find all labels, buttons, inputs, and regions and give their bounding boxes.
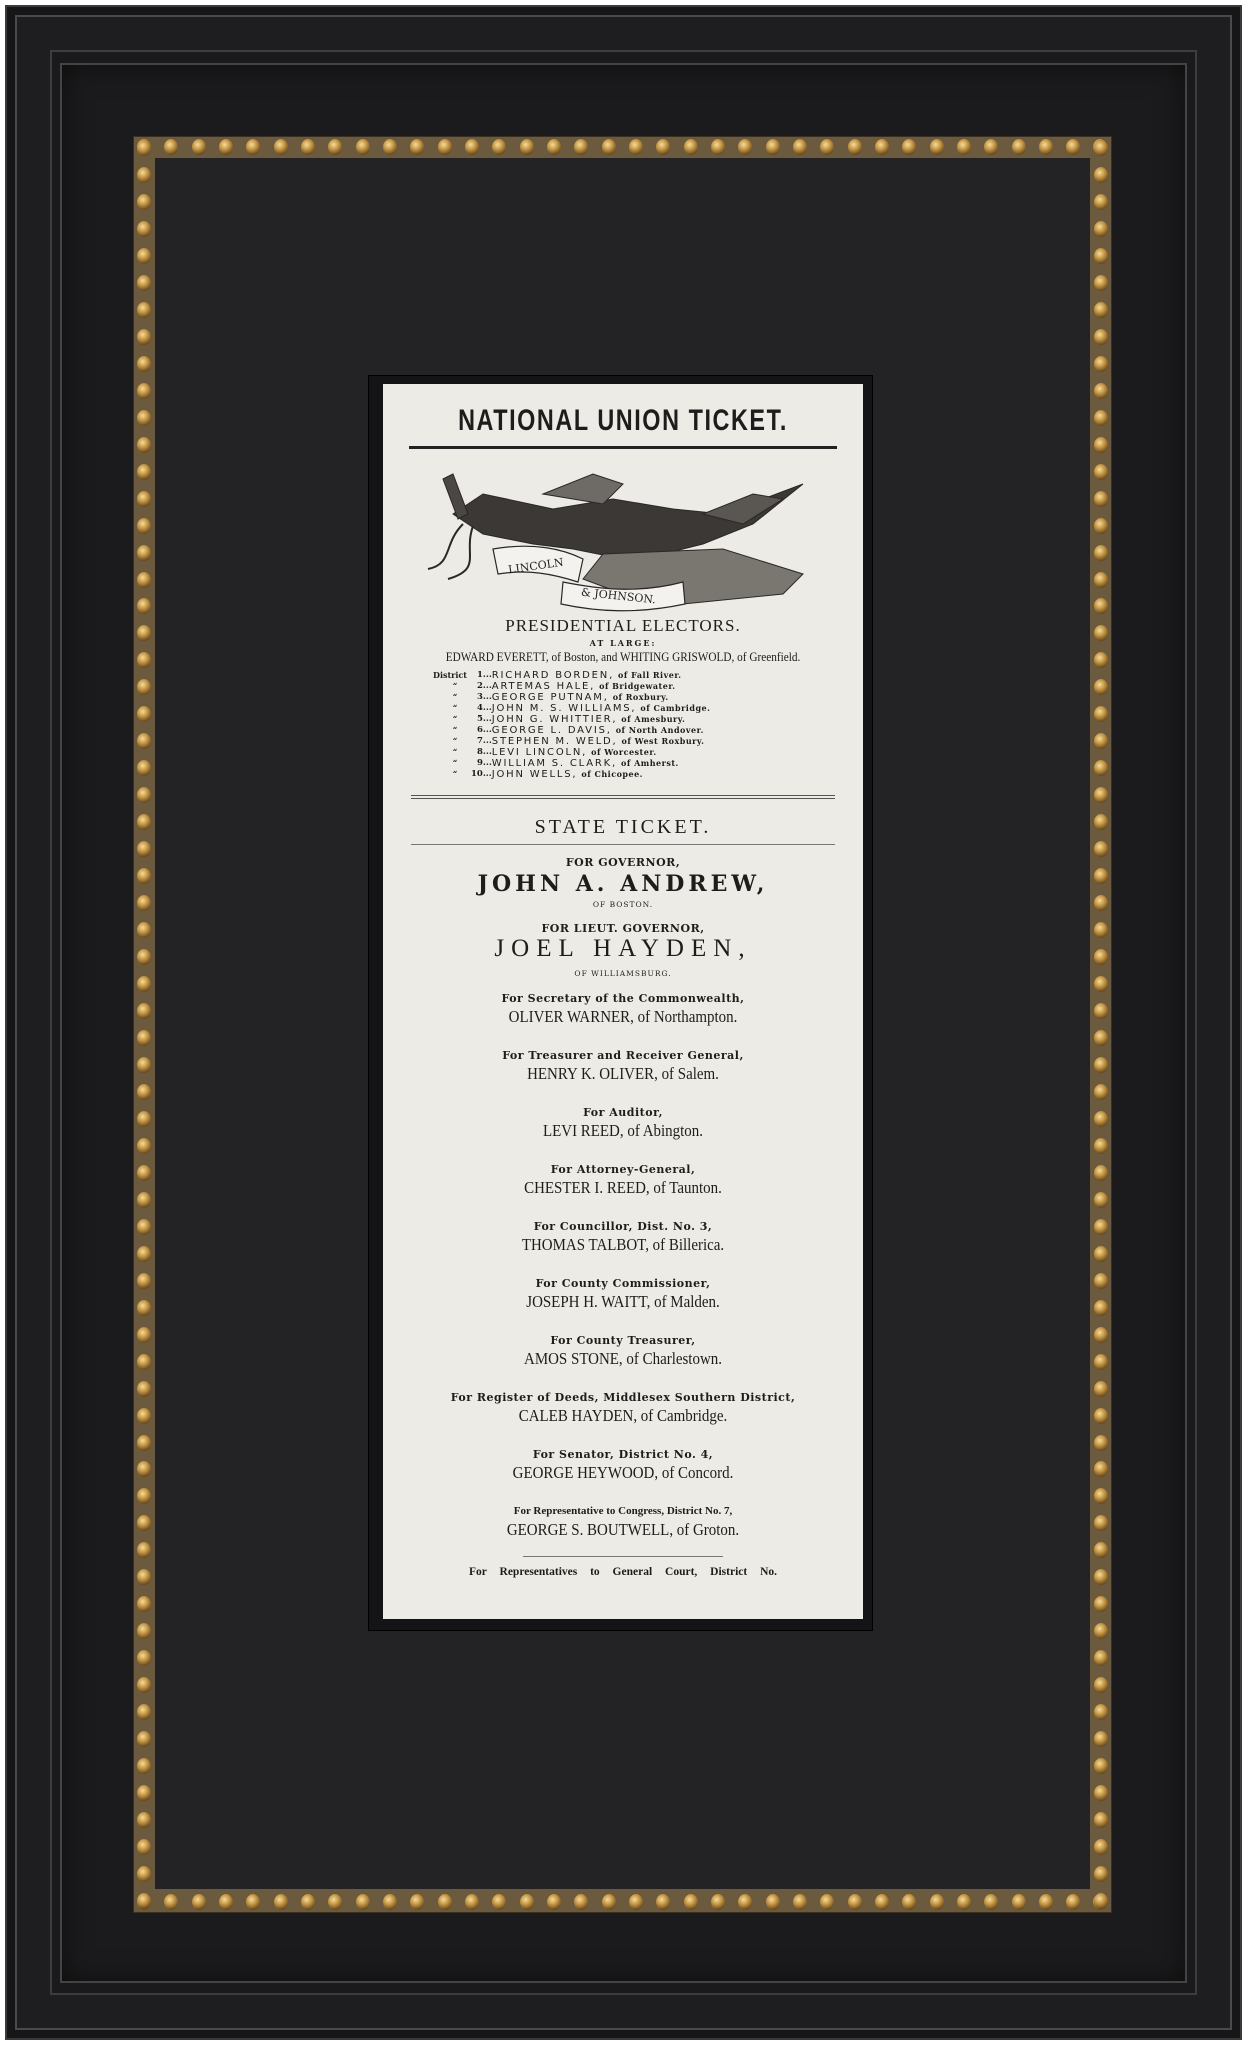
gilt-bead	[137, 1758, 151, 1774]
gilt-bead	[820, 1894, 834, 1910]
gilt-bead	[137, 1111, 151, 1127]
gilt-bead	[137, 410, 151, 426]
gilt-bead	[1094, 787, 1108, 803]
gilt-bead	[1094, 1030, 1108, 1046]
candidate-name: AMOS STONE, of Charlestown.	[412, 1349, 834, 1369]
gilt-bead	[137, 1435, 151, 1451]
gilt-bead	[410, 139, 424, 155]
candidate-name: GEORGE HEYWOOD, of Concord.	[412, 1463, 834, 1483]
gilt-bead	[1094, 1138, 1108, 1154]
gilt-bead	[820, 139, 834, 155]
office-governor: FOR GOVERNOR,	[383, 856, 863, 869]
district-label: “	[433, 681, 477, 692]
gilt-bead	[629, 1894, 643, 1910]
gilt-bead	[1094, 1812, 1108, 1828]
gilt-bead	[1094, 1866, 1108, 1882]
district-label: “	[433, 692, 477, 703]
gilt-bead	[1039, 1894, 1053, 1910]
gilt-bead	[1094, 1435, 1108, 1451]
gilt-bead	[984, 1894, 998, 1910]
elector-town: of Chicopee.	[581, 769, 643, 780]
gilt-bead	[137, 1165, 151, 1181]
district-elector-row: District1...RICHARD BORDEN,of Fall River…	[433, 670, 853, 681]
elector-name: GEORGE PUTNAM,	[492, 692, 609, 703]
gilt-bead	[192, 139, 206, 155]
district-elector-row: “9...WILLIAM S. CLARK,of Amherst.	[433, 758, 853, 769]
gilt-bead	[137, 356, 151, 372]
gilt-bead	[137, 1596, 151, 1612]
gilt-bead	[246, 139, 260, 155]
gilt-bead	[137, 167, 151, 183]
gilt-bead	[137, 814, 151, 830]
elector-name: RICHARD BORDEN,	[492, 670, 614, 681]
gilt-bead	[684, 139, 698, 155]
gilt-bead	[465, 1894, 479, 1910]
gilt-bead	[984, 139, 998, 155]
gilt-bead	[164, 1894, 178, 1910]
gilt-bead	[137, 1057, 151, 1073]
gilt-bead	[547, 139, 561, 155]
gilt-bead	[137, 868, 151, 884]
candidate-name: OLIVER WARNER, of Northampton.	[412, 1007, 834, 1027]
gilt-bead	[1094, 1354, 1108, 1370]
gilt-bead	[137, 706, 151, 722]
gilt-bead	[520, 139, 534, 155]
elector-name: JOHN WELLS,	[492, 769, 578, 780]
gilt-bead	[1094, 167, 1108, 183]
elector-name: GEORGE L. DAVIS,	[492, 725, 612, 736]
gilt-bead	[738, 139, 752, 155]
gilt-bead	[410, 1894, 424, 1910]
gilt-bead	[137, 1704, 151, 1720]
elector-town: of Cambridge.	[640, 703, 710, 714]
candidate-name: CHESTER I. REED, of Taunton.	[412, 1178, 834, 1198]
gilt-bead	[383, 1894, 397, 1910]
ticket-title: NATIONAL UNION TICKET.	[436, 404, 810, 438]
gilt-bead	[137, 949, 151, 965]
gilt-bead	[957, 139, 971, 155]
candidate-name: JOSEPH H. WAITT, of Malden.	[412, 1292, 834, 1312]
gilt-bead	[137, 895, 151, 911]
gilt-bead	[1094, 814, 1108, 830]
gilt-bead	[137, 1542, 151, 1558]
gilt-bead	[137, 625, 151, 641]
office-title: For County Commissioner,	[383, 1277, 863, 1290]
state-ticket-heading: STATE TICKET.	[383, 816, 863, 839]
gilt-bead	[1094, 518, 1108, 534]
gilt-bead	[1094, 760, 1108, 776]
gilt-bead	[1094, 1704, 1108, 1720]
gilt-bead	[219, 1894, 233, 1910]
gilt-bead	[137, 976, 151, 992]
office-title: For Secretary of the Commonwealth,	[383, 992, 863, 1005]
gilt-bead	[848, 139, 862, 155]
gilt-bead	[902, 139, 916, 155]
gilt-bead	[137, 1003, 151, 1019]
gilt-bead	[137, 1785, 151, 1801]
gilt-bead	[137, 275, 151, 291]
gilt-bead	[137, 491, 151, 507]
gilt-bead	[137, 1731, 151, 1747]
elector-name: LEVI LINCOLN,	[492, 747, 587, 758]
gilt-bead	[930, 1894, 944, 1910]
gilt-bead	[1094, 572, 1108, 588]
gilt-bead	[137, 329, 151, 345]
gilt-bead	[137, 437, 151, 453]
elector-town: of Worcester.	[591, 747, 656, 758]
gilt-bead	[192, 1894, 206, 1910]
gilt-bead	[438, 139, 452, 155]
gilt-bead	[137, 652, 151, 668]
gilt-bead	[1094, 1677, 1108, 1693]
gilt-bead	[1094, 491, 1108, 507]
gilt-bead	[1094, 733, 1108, 749]
gilt-bead	[137, 1219, 151, 1235]
gilt-bead	[137, 545, 151, 561]
gilt-bead	[957, 1894, 971, 1910]
gilt-bead	[1094, 1273, 1108, 1289]
district-elector-row: “7...STEPHEN M. WELD,of West Roxbury.	[433, 736, 853, 747]
district-number: 8...	[477, 747, 492, 758]
gilt-bead	[1094, 1785, 1108, 1801]
gilt-bead	[1094, 545, 1108, 561]
gilt-bead	[738, 1894, 752, 1910]
gilt-bead	[492, 1894, 506, 1910]
gilt-bead	[1094, 895, 1108, 911]
gilt-bead	[137, 518, 151, 534]
gilt-bead	[902, 1894, 916, 1910]
district-number: 6...	[477, 725, 492, 736]
bottom-rule	[523, 1556, 723, 1557]
elector-town: of Roxbury.	[613, 692, 669, 703]
district-elector-row: “8...LEVI LINCOLN,of Worcester.	[433, 747, 853, 758]
gilt-bead	[164, 139, 178, 155]
gilt-bead	[137, 1192, 151, 1208]
gilt-bead	[137, 194, 151, 210]
district-number: 4...	[477, 703, 492, 714]
gilt-bead	[1094, 221, 1108, 237]
gilt-bead	[1094, 410, 1108, 426]
gilt-bead	[1094, 1219, 1108, 1235]
candidate-name: LEVI REED, of Abington.	[412, 1121, 834, 1141]
district-number: 3...	[477, 692, 492, 703]
gilt-bead	[274, 139, 288, 155]
section-rule	[411, 798, 835, 799]
gilt-bead	[1094, 1839, 1108, 1855]
gilt-bead	[246, 1894, 260, 1910]
gilt-bead	[274, 1894, 288, 1910]
gilt-bead	[1094, 1515, 1108, 1531]
gilt-bead	[1094, 949, 1108, 965]
gilt-bead	[137, 733, 151, 749]
title-rule	[409, 446, 837, 449]
gilt-bead	[301, 139, 315, 155]
candidate-name: THOMAS TALBOT, of Billerica.	[412, 1235, 834, 1255]
gilt-bead	[1066, 1894, 1080, 1910]
district-number: 1...	[477, 670, 492, 681]
gilt-bead	[1094, 1623, 1108, 1639]
office-title: For Attorney-General,	[383, 1163, 863, 1176]
gilt-bead	[137, 787, 151, 803]
gilt-bead	[1094, 1084, 1108, 1100]
elector-town: of Amesbury.	[621, 714, 685, 725]
office-title: For Treasurer and Receiver General,	[383, 1049, 863, 1062]
gilt-bead	[1094, 1165, 1108, 1181]
gilt-bead	[629, 139, 643, 155]
gilt-bead	[137, 922, 151, 938]
gilt-bead	[1094, 1327, 1108, 1343]
gilt-bead	[1094, 248, 1108, 264]
district-number: 7...	[477, 736, 492, 747]
eagle-banner-illustration: LINCOLN & JOHNSON.	[423, 454, 843, 614]
gilt-bead	[137, 1138, 151, 1154]
office-title: For Councillor, Dist. No. 3,	[383, 1220, 863, 1233]
gilt-bead	[356, 139, 370, 155]
gilt-bead	[1094, 1300, 1108, 1316]
gilt-bead	[137, 1866, 151, 1882]
gilt-bead	[574, 139, 588, 155]
elector-name: ARTEMAS HALE,	[492, 681, 595, 692]
gilt-bead	[301, 1894, 315, 1910]
gilt-bead	[1094, 652, 1108, 668]
gilt-bead	[137, 1650, 151, 1666]
gilt-bead	[656, 139, 670, 155]
gilt-bead	[875, 139, 889, 155]
gilt-bead	[137, 221, 151, 237]
gilt-bead	[602, 139, 616, 155]
candidate-name: GEORGE S. BOUTWELL, of Groton.	[412, 1520, 834, 1540]
gilt-bead	[137, 383, 151, 399]
gilt-bead	[711, 139, 725, 155]
district-number: 2...	[477, 681, 492, 692]
district-label: “	[433, 758, 477, 769]
gilt-bead	[492, 139, 506, 155]
elector-name: JOHN G. WHITTIER,	[492, 714, 618, 725]
gilt-bead	[1094, 1408, 1108, 1424]
office-title: For Senator, District No. 4,	[383, 1448, 863, 1461]
district-elector-row: “5...JOHN G. WHITTIER,of Amesbury.	[433, 714, 853, 725]
gilt-bead	[1094, 1650, 1108, 1666]
gilt-bead	[793, 139, 807, 155]
office-title: For Register of Deeds, Middlesex Souther…	[383, 1391, 863, 1404]
gilt-bead	[137, 1893, 151, 1909]
elector-town: of Bridgewater.	[599, 681, 675, 692]
elector-town: of Fall River.	[618, 670, 682, 681]
gilt-bead	[328, 139, 342, 155]
gilt-bead	[1094, 464, 1108, 480]
gilt-bead	[1094, 1542, 1108, 1558]
district-elector-row: “10...JOHN WELLS,of Chicopee.	[433, 769, 853, 780]
gilt-bead	[848, 1894, 862, 1910]
gilt-bead	[137, 679, 151, 695]
gilt-bead	[1094, 922, 1108, 938]
gilt-bead	[1094, 1057, 1108, 1073]
district-elector-row: “2...ARTEMAS HALE,of Bridgewater.	[433, 681, 853, 692]
gilt-bead	[1094, 437, 1108, 453]
section-rule	[411, 795, 835, 796]
gilt-bead	[137, 1354, 151, 1370]
gilt-bead	[1094, 1488, 1108, 1504]
gilt-bead	[137, 598, 151, 614]
district-label: “	[433, 736, 477, 747]
gilt-bead	[1094, 356, 1108, 372]
elector-name: STEPHEN M. WELD,	[492, 736, 618, 747]
gilt-bead	[656, 1894, 670, 1910]
gilt-bead	[602, 1894, 616, 1910]
gilt-bead	[1039, 139, 1053, 155]
gilt-bead	[1094, 1758, 1108, 1774]
gilt-bead	[137, 760, 151, 776]
gilt-bead	[219, 139, 233, 155]
gilt-bead	[1094, 706, 1108, 722]
gilt-bead	[1066, 139, 1080, 155]
gilt-bead	[137, 1084, 151, 1100]
district-number: 9...	[477, 758, 492, 769]
gilt-bead	[684, 1894, 698, 1910]
lieut-governor-town: OF WILLIAMSBURG.	[383, 969, 863, 978]
gilt-bead	[328, 1894, 342, 1910]
gilt-bead	[1094, 625, 1108, 641]
gilt-bead	[766, 1894, 780, 1910]
gilt-bead	[1094, 679, 1108, 695]
elector-town: of Amherst.	[621, 758, 679, 769]
gilt-bead	[137, 1677, 151, 1693]
elector-name: JOHN M. S. WILLIAMS,	[492, 703, 637, 714]
gilt-bead	[1094, 275, 1108, 291]
gilt-bead	[1094, 1461, 1108, 1477]
gilt-bead	[1094, 1246, 1108, 1262]
gilt-bead	[137, 302, 151, 318]
gilt-bead	[1094, 140, 1108, 156]
district-electors-list: District1...RICHARD BORDEN,of Fall River…	[433, 670, 853, 780]
office-title: For Auditor,	[383, 1106, 863, 1119]
gilt-bead	[137, 248, 151, 264]
district-elector-row: “6...GEORGE L. DAVIS,of North Andover.	[433, 725, 853, 736]
gilt-bead	[1094, 383, 1108, 399]
office-lieut-governor: FOR LIEUT. GOVERNOR,	[383, 922, 863, 935]
gilt-bead	[137, 1030, 151, 1046]
elector-town: of North Andover.	[616, 725, 704, 736]
gilt-bead	[137, 1488, 151, 1504]
gilt-bead	[520, 1894, 534, 1910]
state-ticket-rule	[411, 844, 835, 845]
gilt-bead	[574, 1894, 588, 1910]
district-label: “	[433, 703, 477, 714]
gilt-bead	[1094, 1569, 1108, 1585]
gilt-bead	[137, 1300, 151, 1316]
gilt-bead	[1094, 194, 1108, 210]
candidate-name: CALEB HAYDEN, of Cambridge.	[412, 1406, 834, 1426]
gilt-bead	[1094, 1192, 1108, 1208]
gilt-bead	[137, 1569, 151, 1585]
gilt-bead	[1094, 1893, 1108, 1909]
gilt-bead	[137, 1381, 151, 1397]
gilt-bead	[875, 1894, 889, 1910]
district-elector-row: “3...GEORGE PUTNAM,of Roxbury.	[433, 692, 853, 703]
gilt-bead	[930, 139, 944, 155]
gilt-bead	[1094, 598, 1108, 614]
gilt-bead	[1094, 1003, 1108, 1019]
gilt-bead	[137, 1461, 151, 1477]
office-title: For Representative to Congress, District…	[383, 1505, 863, 1517]
at-large-electors: EDWARD EVERETT, of Boston, and WHITING G…	[407, 650, 839, 665]
gilt-bead	[793, 1894, 807, 1910]
gilt-bead	[1094, 976, 1108, 992]
gilt-bead	[1012, 139, 1026, 155]
gilt-bead	[1094, 1381, 1108, 1397]
gilt-bead	[766, 139, 780, 155]
candidate-lieut-governor: JOEL HAYDEN,	[383, 935, 863, 963]
district-label: “	[433, 747, 477, 758]
gilt-bead	[465, 139, 479, 155]
gilt-bead	[1094, 868, 1108, 884]
gilt-bead	[137, 1839, 151, 1855]
gilt-bead	[137, 1408, 151, 1424]
district-elector-row: “4...JOHN M. S. WILLIAMS,of Cambridge.	[433, 703, 853, 714]
gilt-bead	[356, 1894, 370, 1910]
gilt-bead	[383, 139, 397, 155]
district-number: 10...	[471, 769, 492, 780]
gilt-bead	[711, 1894, 725, 1910]
elector-name: WILLIAM S. CLARK,	[492, 758, 617, 769]
candidate-governor: JOHN A. ANDREW,	[383, 871, 863, 897]
governor-town: OF BOSTON.	[383, 900, 863, 909]
gilt-bead	[137, 1246, 151, 1262]
general-court-line: For Representatives to General Court, Di…	[383, 1566, 863, 1578]
gilt-bead	[1094, 1731, 1108, 1747]
gilt-bead	[137, 1327, 151, 1343]
gilt-bead	[438, 1894, 452, 1910]
gilt-bead	[137, 572, 151, 588]
gilt-bead	[137, 1623, 151, 1639]
elector-town: of West Roxbury.	[622, 736, 705, 747]
district-number: 5...	[477, 714, 492, 725]
district-label: “	[433, 725, 477, 736]
candidate-name: HENRY K. OLIVER, of Salem.	[412, 1064, 834, 1084]
gilt-bead	[137, 1515, 151, 1531]
gilt-bead	[137, 1812, 151, 1828]
gilt-bead	[1094, 302, 1108, 318]
district-label: “	[433, 714, 477, 725]
gilt-bead	[1094, 1111, 1108, 1127]
gilt-bead	[137, 841, 151, 857]
gilt-bead	[1094, 1596, 1108, 1612]
gilt-bead	[1094, 841, 1108, 857]
gilt-bead	[137, 464, 151, 480]
gilt-bead	[137, 140, 151, 156]
at-large-label: AT LARGE:	[383, 638, 863, 648]
gilt-bead	[1012, 1894, 1026, 1910]
gilt-bead	[547, 1894, 561, 1910]
ballot-ticket: NATIONAL UNION TICKET. LINCOLN & JOHNSON…	[383, 384, 863, 1619]
district-label: District	[433, 670, 477, 681]
office-title: For County Treasurer,	[383, 1334, 863, 1347]
gilt-bead	[1094, 329, 1108, 345]
gilt-bead	[137, 1273, 151, 1289]
presidential-electors-heading: PRESIDENTIAL ELECTORS.	[383, 616, 863, 636]
